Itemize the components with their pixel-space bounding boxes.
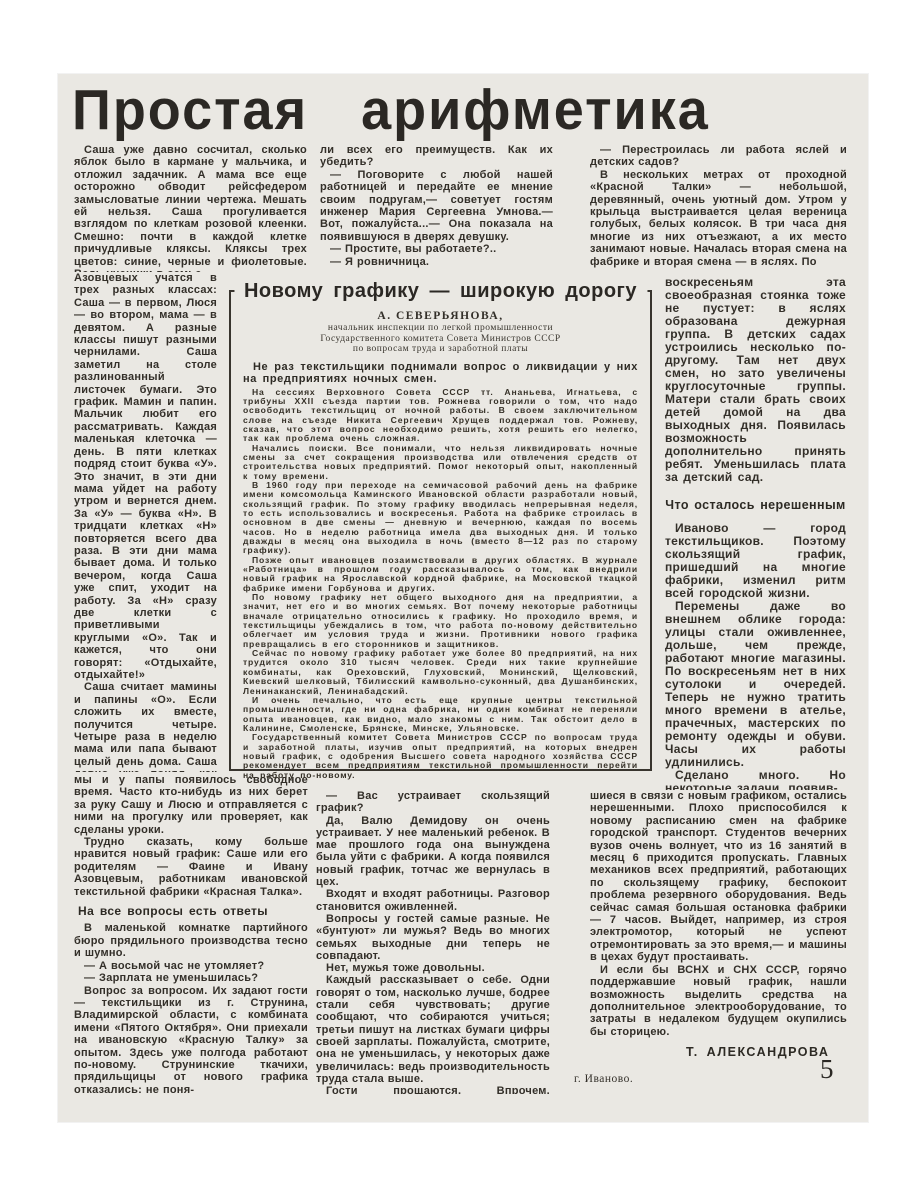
- box-lead-paragraph: Не раз текстильщики поднимали вопрос о л…: [243, 361, 638, 386]
- box-body: На сессиях Верховного Совета СССР тт. Ан…: [243, 388, 638, 780]
- paragraph: Нет, мужья тоже довольны.: [316, 962, 550, 974]
- paragraph: Азовцевых учатся в трех разных классах: …: [74, 272, 217, 681]
- middle-column-top: ли всех его преимуществ. Как их убедить?…: [320, 144, 553, 280]
- box-author-role: Государственного комитета Совета Министр…: [243, 334, 638, 345]
- left-column-top: Саша уже давно сосчитал, сколько яблок б…: [74, 144, 307, 272]
- paragraph: шиеся в связи с новым графиком, остались…: [590, 790, 847, 964]
- right-column-bottom: шиеся в связи с новым графиком, остались…: [590, 790, 847, 1052]
- box-paragraph: Сейчас по новому графику работает уже бо…: [243, 649, 638, 696]
- paragraph: Сделано много. Но некоторые задачи, появ…: [665, 769, 846, 790]
- box-paragraph: Позже опыт ивановцев позаимствовали в др…: [243, 556, 638, 593]
- dialogue-line: — А восьмой час не утомляет?: [74, 960, 308, 972]
- dateline-city: г. Иваново.: [574, 1073, 633, 1085]
- box-author-role: начальник инспекции по легкой промышленн…: [243, 323, 638, 334]
- box-paragraph: В 1960 году при переходе на семичасовой …: [243, 481, 638, 556]
- paragraph: Саша уже давно сосчитал, сколько яблок б…: [74, 144, 307, 272]
- dialogue-line: — Простите, вы работаете?..: [320, 243, 553, 255]
- box-content: А. СЕВЕРЬЯНОВА, начальник инспекции по л…: [231, 292, 650, 780]
- box-paragraph: Государственный комитет Совета Министров…: [243, 733, 638, 780]
- paragraph: В нескольких метрах от проходной «Красно…: [590, 169, 847, 268]
- paragraph: И если бы ВСНХ и СНХ СССР, горячо поддер…: [590, 964, 847, 1038]
- dialogue-line: — Зарплата не уменьшилась?: [74, 972, 308, 984]
- paragraph: Вопросы у гостей самые разные. Не «бунту…: [316, 913, 550, 962]
- paragraph: Перемены даже во внешнем облике города: …: [665, 600, 846, 769]
- box-author-role: по вопросам труда и заработной платы: [243, 344, 638, 355]
- paragraph: Саша считает мамины и папины «О». Если с…: [74, 681, 217, 772]
- paragraph: ли всех его преимуществ. Как их убедить?: [320, 144, 553, 169]
- box-paragraph: И очень печально, что есть еще крупные ц…: [243, 696, 638, 733]
- paragraph: мы и у папы появилось свободное время. Ч…: [74, 774, 308, 836]
- paragraph: Иваново — город текстильщиков. Поэтому с…: [665, 522, 846, 600]
- section-heading-left: На все вопросы есть ответы: [74, 905, 308, 917]
- paragraph: Каждый рассказывает о себе. Одни говорят…: [316, 974, 550, 1085]
- box-paragraph: На сессиях Верховного Совета СССР тт. Ан…: [243, 388, 638, 444]
- magazine-page: Простая арифметика Саша уже давно сосчит…: [58, 74, 868, 1122]
- page-number: 5: [820, 1054, 834, 1085]
- paragraph: — Поговорите с любой нашей работницей и …: [320, 169, 553, 243]
- byline-signature: Т. АЛЕКСАНДРОВА: [686, 1045, 829, 1059]
- section-heading-right: Что осталось нерешенным: [665, 498, 846, 512]
- right-column-top: — Перестроилась ли работа яслей и детски…: [590, 144, 847, 278]
- left-column-narrow: Азовцевых учатся в трех разных классах: …: [74, 272, 217, 772]
- magazine-scan: { "page": { "title": "Простая арифметика…: [0, 0, 900, 1200]
- paragraph: Вопрос за вопросом. Их задают гости — те…: [74, 985, 308, 1097]
- paragraph: Трудно сказать, кому больше нравится нов…: [74, 836, 308, 898]
- boxed-article: Новому графику — широкую дорогу А. СЕВЕР…: [229, 290, 652, 771]
- box-paragraph: Начались поиски. Все понимали, что нельз…: [243, 444, 638, 481]
- box-author: А. СЕВЕРЬЯНОВА,: [243, 310, 638, 323]
- paragraph: Да, Валю Демидову он очень устраивает. У…: [316, 815, 550, 889]
- middle-column-bottom: — Вас устраивает скользящий график? Да, …: [316, 790, 550, 1094]
- dialogue-line: — Перестроилась ли работа яслей и детски…: [590, 144, 847, 169]
- dialogue-line: — Вас устраивает скользящий график?: [316, 790, 550, 815]
- box-headline: Новому графику — широкую дорогу: [234, 278, 647, 305]
- dialogue-line: — Я ровничница.: [320, 256, 553, 268]
- page-title: Простая арифметика: [72, 80, 832, 140]
- right-column-narrow: воскресеньям эта своеобразная стоянка то…: [665, 276, 846, 790]
- paragraph: Входят и входят работницы. Разговор стан…: [316, 888, 550, 913]
- paragraph: воскресеньям эта своеобразная стоянка то…: [665, 276, 846, 484]
- paragraph: В маленькой комнатке партийного бюро пря…: [74, 922, 308, 959]
- left-column-bottom: мы и у папы появилось свободное время. Ч…: [74, 774, 308, 1106]
- paragraph: Гости прощаются. Впрочем, подождите, вед…: [316, 1085, 550, 1094]
- box-paragraph: По новому графику нет общего выходного д…: [243, 593, 638, 649]
